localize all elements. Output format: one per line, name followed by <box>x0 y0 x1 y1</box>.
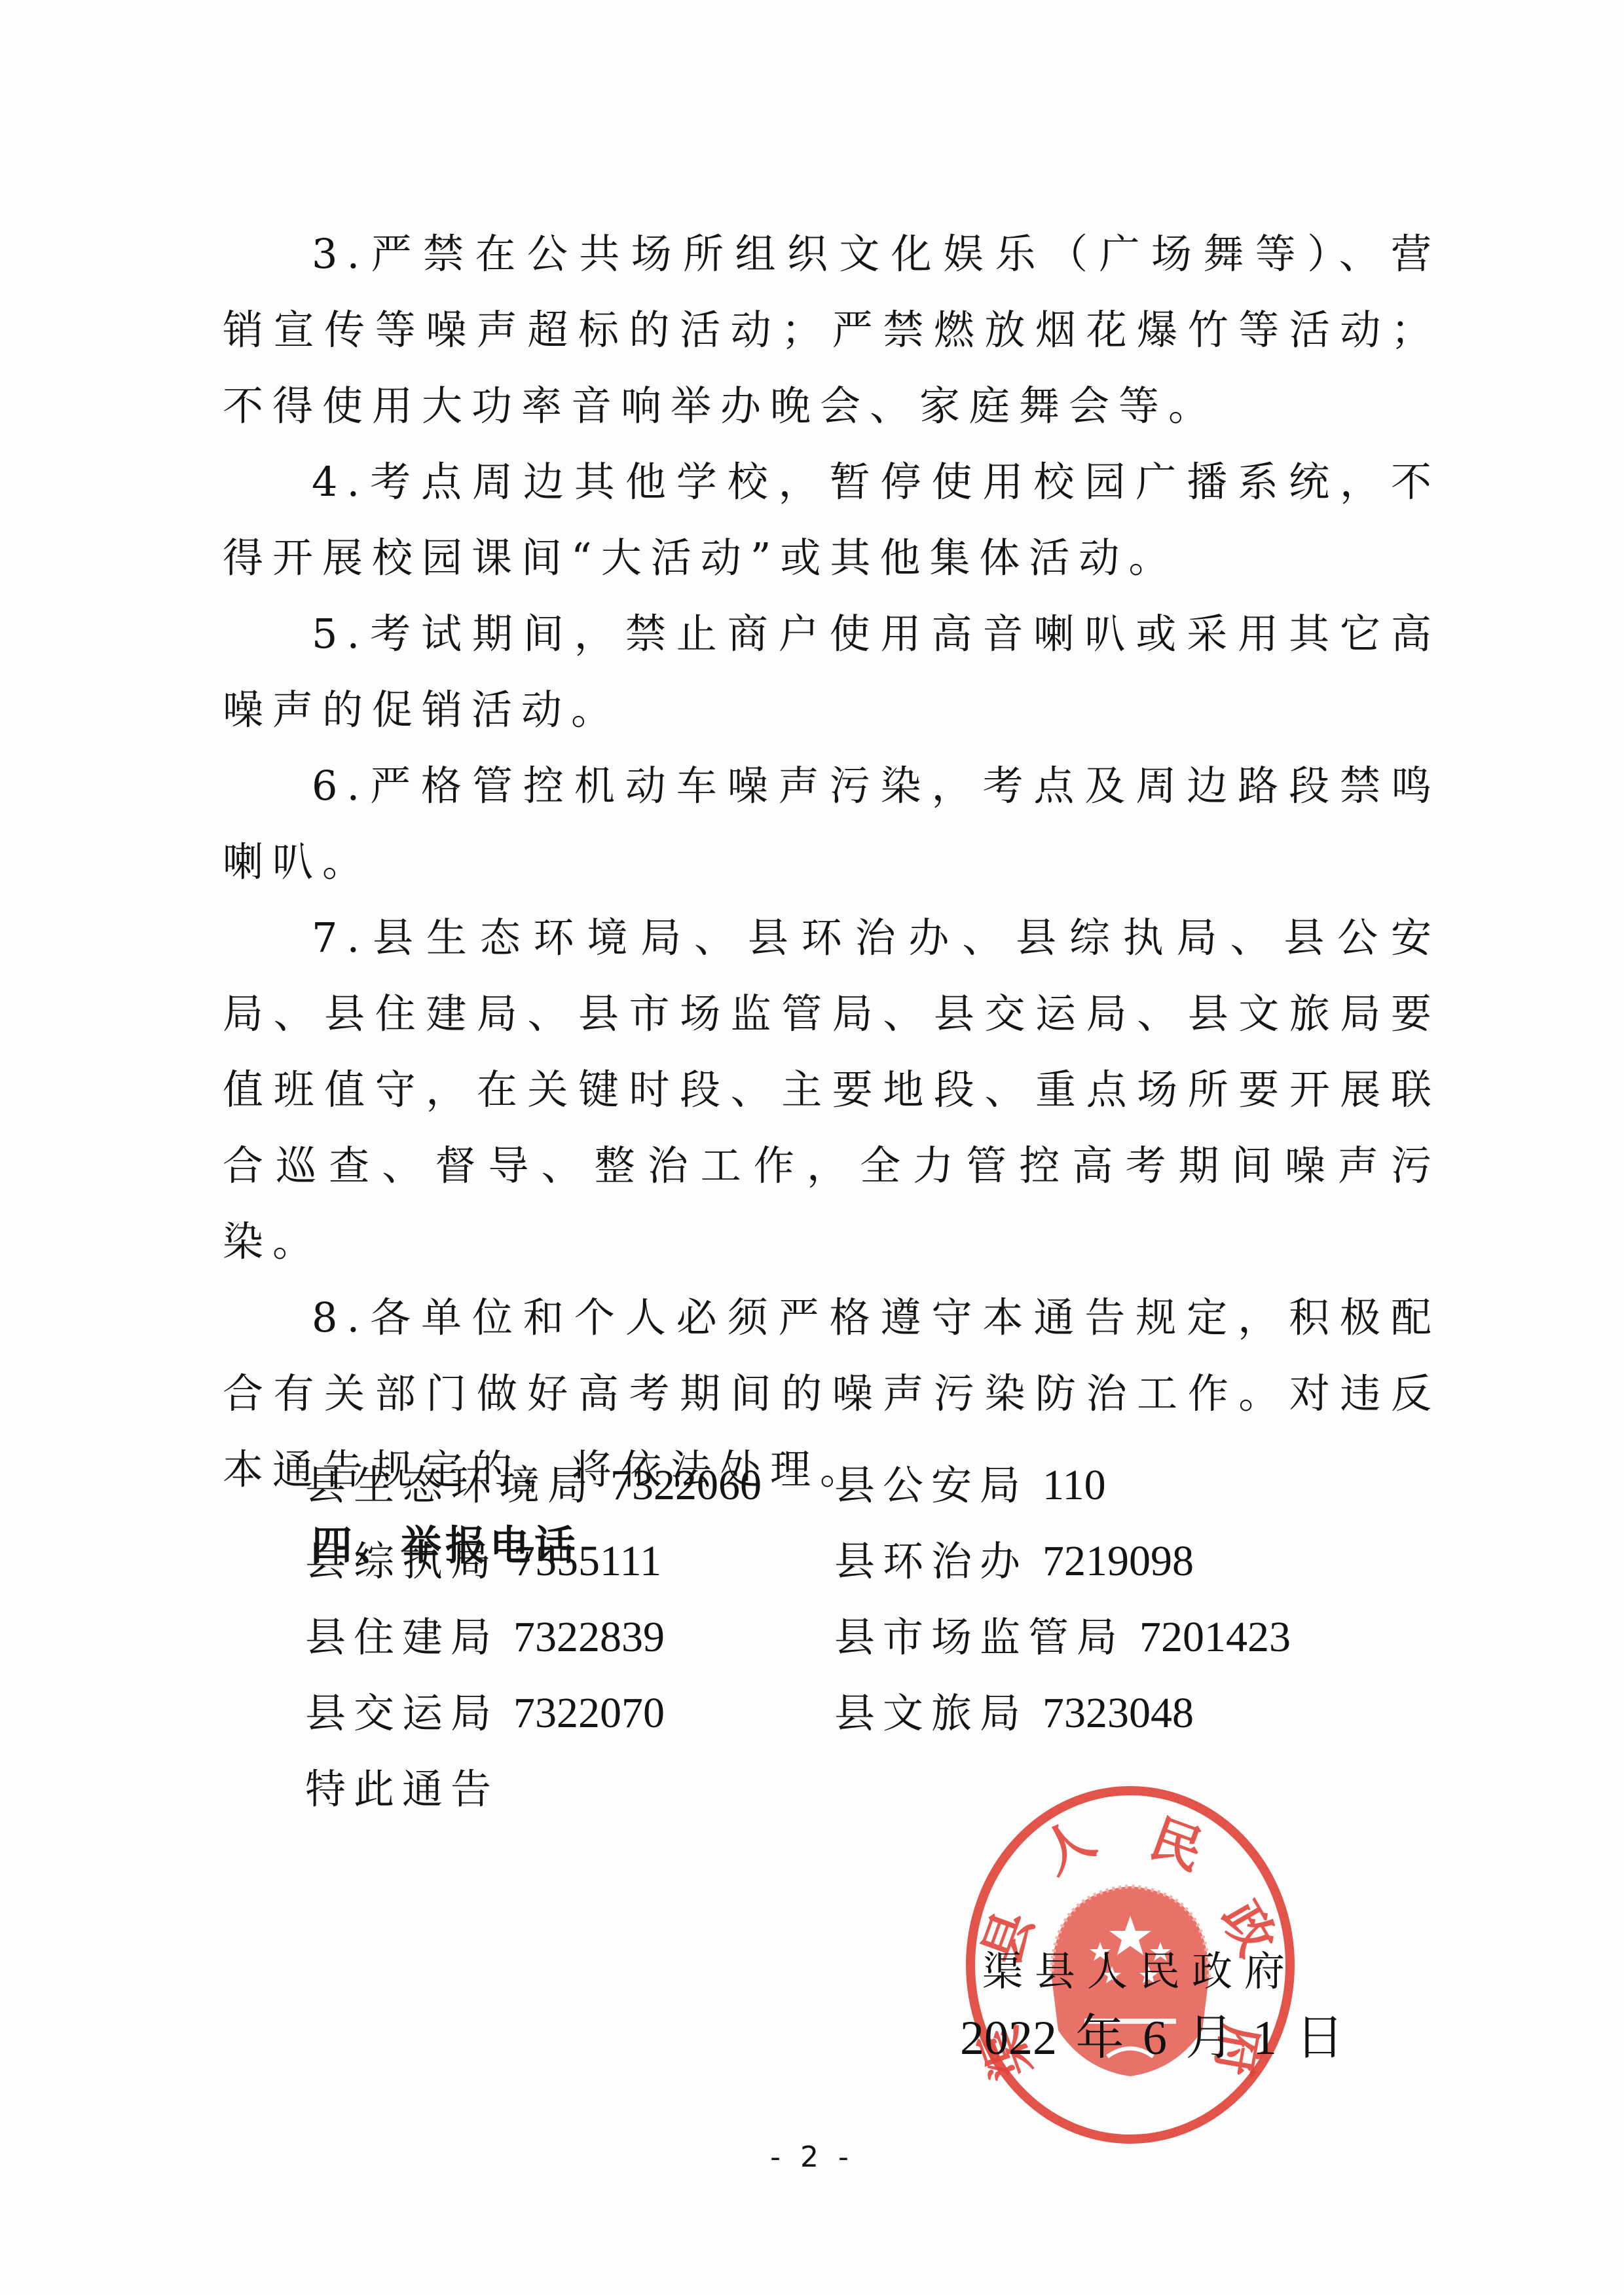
document-page: 3.严禁在公共场所组织文化娱乐（广场舞等）、营销宣传等噪声超标的活动；严禁燃放烟… <box>0 0 1624 2295</box>
hotline-row: 县交运局 7322070 县文旅局 7323048 <box>305 1675 1327 1751</box>
paragraph-item-7: 7.县生态环境局、县环治办、县综执局、县公安局、县住建局、县市场监管局、县交运局… <box>223 900 1441 1280</box>
paragraph-item-5: 5.考试期间，禁止商户使用高音喇叭或采用其它高噪声的促销活动。 <box>223 596 1441 748</box>
department-name: 县生态环境局 <box>305 1447 596 1523</box>
department-name: 县文旅局 <box>834 1675 1028 1751</box>
hotline-entry: 县交运局 7322070 <box>305 1675 834 1751</box>
hotline-entry: 县生态环境局 7322060 <box>305 1447 834 1523</box>
department-name: 县交运局 <box>305 1675 499 1751</box>
page-number: - 2 - <box>0 2140 1624 2174</box>
paragraph-item-6: 6.严格管控机动车噪声污染，考点及周边路段禁鸣喇叭。 <box>223 748 1441 900</box>
department-name: 县市场监管局 <box>834 1599 1125 1675</box>
hotline-entry: 县公安局 110 <box>834 1447 1106 1523</box>
phone-number: 7322070 <box>513 1675 665 1751</box>
hotline-entry: 县文旅局 7323048 <box>834 1675 1194 1751</box>
department-name: 县住建局 <box>305 1599 499 1675</box>
hotline-entry: 县环治办 7219098 <box>834 1523 1194 1599</box>
hotline-row: 县综执局 7555111 县环治办 7219098 <box>305 1523 1327 1599</box>
department-name: 县综执局 <box>305 1523 499 1599</box>
notice-body: 3.严禁在公共场所组织文化娱乐（广场舞等）、营销宣传等噪声超标的活动；严禁燃放烟… <box>223 216 1441 1584</box>
phone-number: 7219098 <box>1043 1523 1194 1599</box>
svg-text:民: 民 <box>1142 1809 1210 1882</box>
hotline-list: 县生态环境局 7322060 县公安局 110 县综执局 7555111 县环治… <box>305 1447 1327 1751</box>
phone-number: 7555111 <box>513 1523 661 1599</box>
hotline-entry: 县市场监管局 7201423 <box>834 1599 1291 1675</box>
issue-date: 2022 年 6 月 1 日 <box>960 1999 1344 2068</box>
closing-remark: 特此通告 <box>305 1751 499 1827</box>
phone-number: 110 <box>1043 1447 1106 1523</box>
department-name: 县公安局 <box>834 1447 1028 1523</box>
hotline-entry: 县综执局 7555111 <box>305 1523 834 1599</box>
hotline-entry: 县住建局 7322839 <box>305 1599 834 1675</box>
phone-number: 7322839 <box>513 1599 665 1675</box>
phone-number: 7201423 <box>1139 1599 1291 1675</box>
hotline-row: 县住建局 7322839 县市场监管局 7201423 <box>305 1599 1327 1675</box>
department-name: 县环治办 <box>834 1523 1028 1599</box>
paragraph-item-4: 4.考点周边其他学校，暂停使用校园广播系统，不得开展校园课间“大活动”或其他集体… <box>223 444 1441 596</box>
phone-number: 7323048 <box>1043 1675 1194 1751</box>
issuer-signature: 渠县人民政府 <box>982 1939 1297 1997</box>
paragraph-item-3: 3.严禁在公共场所组织文化娱乐（广场舞等）、营销宣传等噪声超标的活动；严禁燃放烟… <box>223 216 1441 444</box>
phone-number: 7322060 <box>610 1447 762 1523</box>
hotline-row: 县生态环境局 7322060 县公安局 110 <box>305 1447 1327 1523</box>
